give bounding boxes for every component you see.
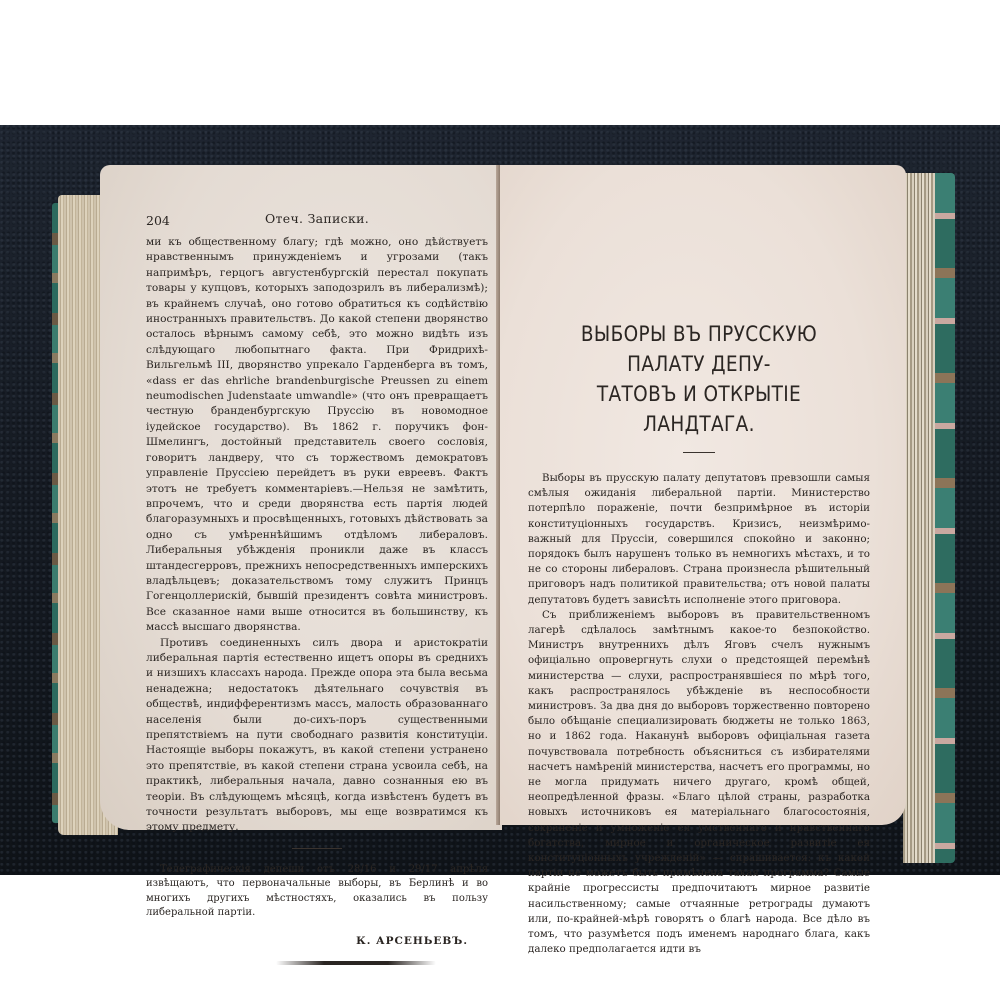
title-divider xyxy=(683,452,715,453)
article-title: ВЫБОРЫ ВЪ ПРУССКУЮ ПАЛАТУ ДЕПУ- ТАТОВЪ И… xyxy=(552,320,846,440)
author-signature: К. АРСЕНЬЕВЪ. xyxy=(146,935,468,947)
right-body-text: Выборы въ прусскую палату депутатовъ пре… xyxy=(528,471,870,958)
title-line-1: ВЫБОРЫ ВЪ ПРУССКУЮ ПАЛАТУ ДЕПУ- xyxy=(552,320,846,380)
left-body-text: ми къ общественному благу; гдѣ можно, он… xyxy=(146,235,488,836)
paragraph: ми къ общественному благу; гдѣ можно, он… xyxy=(146,235,488,636)
end-flourish-ornament xyxy=(276,961,436,965)
telegraph-note: Телеграфическія депеши отъ 28/16 и 29/17… xyxy=(146,863,488,921)
marbled-cover-right xyxy=(935,173,955,863)
title-line-2: ТАТОВЪ И ОТКРЫТІЕ ЛАНДТАГА. xyxy=(552,380,846,440)
paragraph: Выборы въ прусскую палату депутатовъ пре… xyxy=(528,471,870,608)
paragraph: Противъ соединенныхъ силъ двора и аристо… xyxy=(146,636,488,836)
section-divider xyxy=(292,848,342,849)
open-book: 204 Отеч. Записки. ми къ общественному б… xyxy=(0,125,1000,875)
paragraph: Съ приближеніемъ выборовъ въ правительст… xyxy=(528,608,870,958)
running-header: 204 Отеч. Записки. xyxy=(146,213,488,235)
right-page: ВЫБОРЫ ВЪ ПРУССКУЮ ПАЛАТУ ДЕПУ- ТАТОВЪ И… xyxy=(500,165,906,825)
left-page: 204 Отеч. Записки. ми къ общественному б… xyxy=(100,165,502,830)
book-photo: 204 Отеч. Записки. ми къ общественному б… xyxy=(0,125,1000,875)
journal-title: Отеч. Записки. xyxy=(146,211,488,226)
